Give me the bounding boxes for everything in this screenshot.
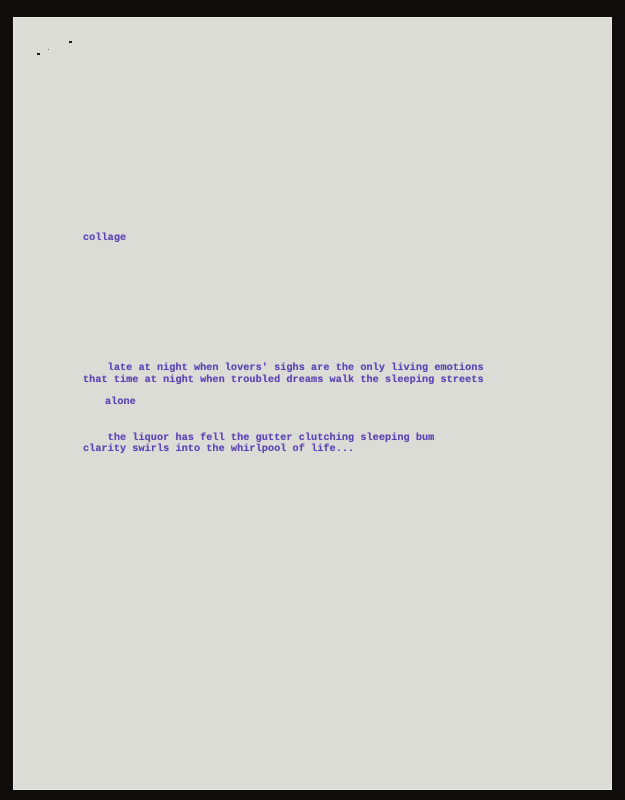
- poem-line-1-part-a: late at night when lovers' sighs are the…: [108, 363, 453, 374]
- ink-speck: [69, 41, 72, 43]
- ink-speck: [37, 53, 40, 55]
- corrected-letters: ti: [453, 363, 465, 374]
- typed-page: collage late at night when lovers' sighs…: [13, 17, 612, 790]
- poem-line-3: alone: [105, 397, 136, 409]
- overstrike-correction: i: [391, 433, 397, 445]
- poem-line-1-part-c: ons: [465, 363, 484, 374]
- poem-line-5: clarity swirls into the whirlpool of lif…: [83, 444, 354, 456]
- poem-line-4-part-c: ng bum: [397, 433, 434, 444]
- overstrike-correction: ti: [453, 363, 465, 375]
- document-title: collage: [83, 233, 126, 245]
- poem-line-2: that time at night when troubled dreams …: [83, 375, 484, 387]
- poem-line-4-part-a: the liquor has fell the gutter clutching…: [108, 433, 392, 444]
- ink-speck: [48, 49, 49, 50]
- corrected-letter: i: [391, 433, 397, 444]
